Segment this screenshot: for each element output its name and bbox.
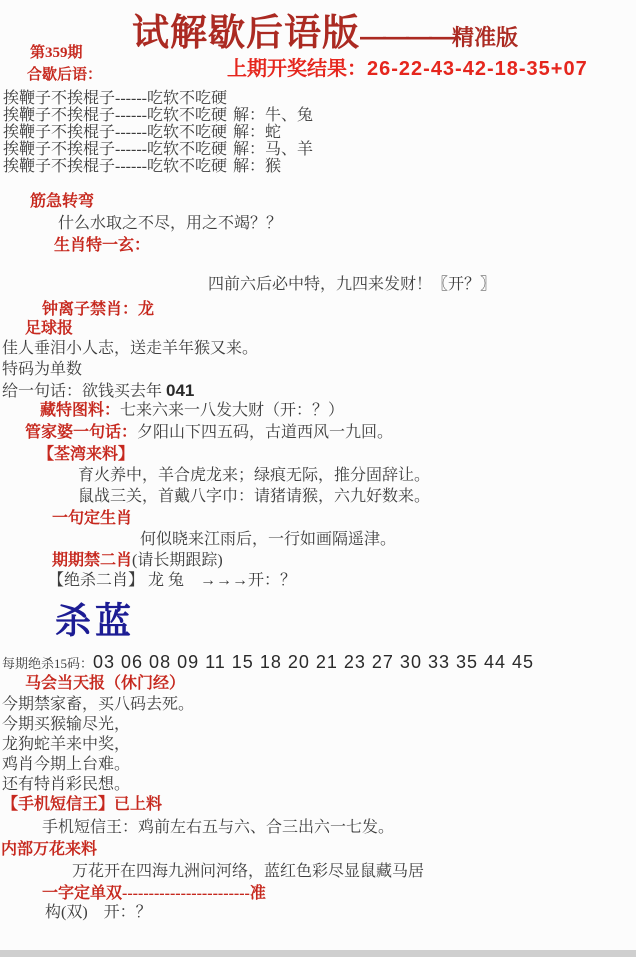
riddle-text: 挨鞭子不挨棍子------吃软不吃硬 bbox=[3, 141, 227, 159]
zodiac-special-heading: 生肖特一玄： bbox=[54, 237, 150, 255]
riddle-text: 挨鞭子不挨棍子------吃软不吃硬 bbox=[3, 158, 227, 176]
riddle-text: 挨鞭子不挨棍子------吃软不吃硬 bbox=[3, 107, 227, 125]
kill-blue-line: 每期绝杀15码：03 06 08 09 11 15 18 20 21 23 27… bbox=[2, 652, 534, 673]
horse-report-line: 还有特肖彩民想。 bbox=[2, 776, 130, 794]
horse-report-heading: 马会当天报（休门经） bbox=[25, 675, 185, 693]
page-title: 试解歇后语版————精准版 bbox=[132, 12, 518, 55]
ban-two-result: 【绝杀二肖】 龙 兔 →→→开：？ bbox=[48, 572, 296, 590]
horse-report-line: 龙狗蛇羊来中奖， bbox=[2, 736, 130, 754]
last-draw-result-label: 上期开奖结果： bbox=[227, 58, 367, 80]
kill-blue-numbers: 03 06 08 09 11 15 18 20 21 23 27 30 33 3… bbox=[93, 652, 534, 672]
riddle-text: 挨鞭子不挨棍子------吃软不吃硬 bbox=[3, 124, 227, 142]
quanwan-line-1: 育火养中，羊合虎龙来；绿痕无际，推分固辞让。 bbox=[78, 467, 430, 485]
one-sentence-text: 何似晓来江雨后，一行如画隔遥津。 bbox=[140, 531, 396, 549]
last-draw-result: 上期开奖结果：26-22-43-42-18-35+07 bbox=[227, 58, 588, 81]
single-double-answer: 构(双) 开：？ bbox=[45, 904, 152, 922]
kill-blue-heading: 杀蓝 bbox=[55, 601, 135, 642]
scan-bottom-edge bbox=[0, 950, 636, 957]
riddle-answer: 解：蛇 bbox=[233, 124, 281, 142]
football-line-1: 佳人垂泪小人志，送走羊年猴又来。 bbox=[2, 340, 258, 358]
guanjiapo-line: 管家婆一句话：夕阳山下四五码，古道西风一九回。 bbox=[25, 424, 393, 442]
title-dashes: ———— bbox=[360, 21, 452, 51]
riddle-text: 挨鞭子不挨棍子------吃软不吃硬 bbox=[3, 90, 227, 108]
football-line-3-label: 给一句话：欲钱买去年 bbox=[2, 383, 166, 400]
football-line-2: 特码为单数 bbox=[2, 361, 82, 379]
riddle-answer: 解：猴 bbox=[233, 158, 281, 176]
guanjiapo-text: 夕阳山下四五码，古道西风一九回。 bbox=[137, 424, 393, 441]
last-draw-result-numbers: 26-22-43-42-18-35+07 bbox=[367, 58, 588, 80]
one-sentence-heading: 一句定生肖 bbox=[52, 510, 132, 528]
issue-number: 第359期 bbox=[30, 45, 83, 62]
horse-report-line: 鸡肖今期上台难。 bbox=[2, 756, 130, 774]
football-report-heading: 足球报 bbox=[25, 320, 73, 338]
cangte-text: 七来六来一八发大财（开：？） bbox=[120, 402, 344, 419]
sms-king-heading: 【手机短信王】已上料 bbox=[2, 796, 162, 814]
brain-teaser-heading: 筋急转弯 bbox=[30, 193, 94, 211]
riddle-answer: 解：牛、兔 bbox=[233, 107, 313, 125]
single-double-heading: 一字定单双------------------------准 bbox=[42, 885, 266, 903]
cangte-label: 藏特图料： bbox=[40, 402, 120, 419]
zhongli-ban-line: 钟离子禁肖：龙 bbox=[42, 301, 154, 319]
ban-two-heading-line: 期期禁二肖(请长期跟踪) bbox=[52, 552, 223, 570]
kill-blue-label: 每期绝杀15码： bbox=[2, 656, 93, 671]
football-line-3-number: 041 bbox=[166, 381, 194, 400]
page-title-main: 试解歇后语版 bbox=[132, 12, 360, 53]
lottery-tip-sheet: 试解歇后语版————精准版 第359期 合歇后语： 上期开奖结果：26-22-4… bbox=[0, 0, 636, 957]
sms-king-text: 手机短信王：鸡前左右五与六、合三出六一七发。 bbox=[42, 819, 394, 837]
quanwan-heading: 【荃湾来料】 bbox=[38, 446, 134, 464]
brain-teaser-question: 什么水取之不尽，用之不竭？？ bbox=[58, 215, 282, 233]
wanhua-heading: 内部万花来料 bbox=[1, 841, 97, 859]
guanjiapo-label: 管家婆一句话： bbox=[25, 424, 137, 441]
football-line-3: 给一句话：欲钱买去年 041 bbox=[2, 381, 194, 401]
wanhua-text: 万花开在四海九洲问河络，蓝红色彩尽显鼠藏马居 bbox=[72, 863, 424, 881]
ban-two-heading: 期期禁二肖 bbox=[52, 552, 132, 569]
page-title-suffix: 精准版 bbox=[452, 25, 518, 50]
cangte-line: 藏特图料：七来六来一八发大财（开：？） bbox=[40, 402, 344, 420]
quanwan-line-2: 鼠战三关，首戴八字巾：请猪请猴，六九好数来。 bbox=[78, 488, 430, 506]
section-label-hexie: 合歇后语： bbox=[27, 67, 102, 84]
riddle-answer: 解：马、羊 bbox=[233, 141, 313, 159]
ban-two-note: (请长期跟踪) bbox=[132, 552, 223, 569]
horse-report-line: 今期禁家畜，买八码去死。 bbox=[2, 696, 194, 714]
horse-report-line: 今期买猴输尽光， bbox=[2, 716, 130, 734]
zodiac-special-hint: 四前六后必中特，九四来发财！〖开？〗 bbox=[208, 276, 496, 294]
